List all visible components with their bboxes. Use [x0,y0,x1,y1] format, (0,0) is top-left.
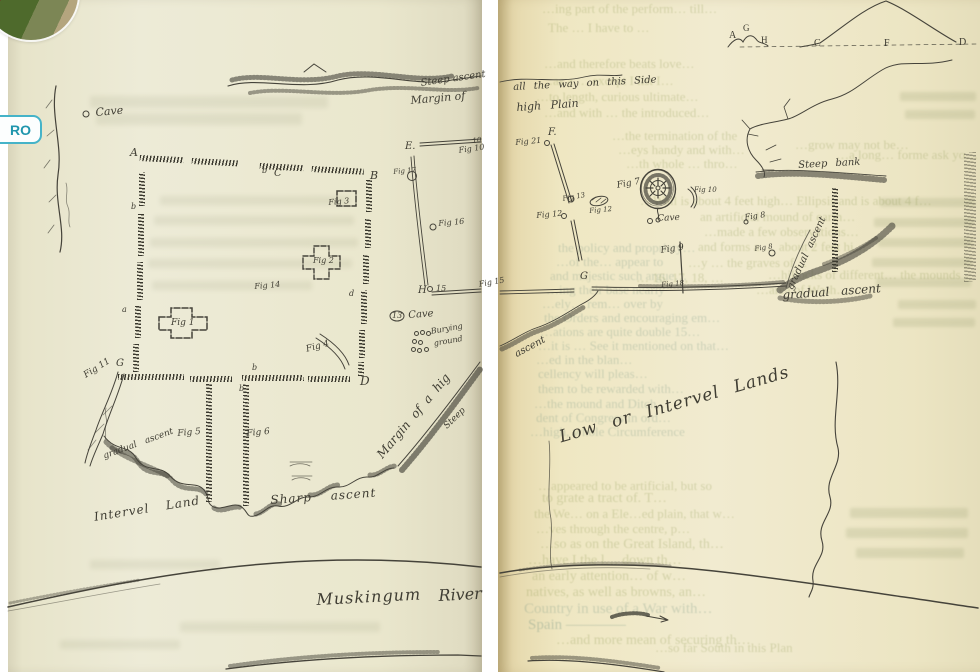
map-label-fig2: Fig 2 [313,256,334,265]
corner-label-b: B [370,169,378,182]
corner-label-d: D [360,374,370,388]
profile-label-d: D [959,37,966,48]
map-label-fig5: Fig 5 [177,427,201,439]
gap-label-b3: b [252,363,257,372]
profile-baseline [740,44,976,47]
gap-label-a: a [122,305,127,314]
corner-label-h: H [418,285,427,296]
slant-wall [551,144,582,261]
corner-label-g-right: G [580,271,588,282]
map-label-fig6: Fig 6 [246,427,270,439]
gap-label-d: d [349,289,354,298]
e-wall-vertical [411,156,428,286]
corner-label-g: G [116,358,124,369]
covered-way-wall [206,384,212,502]
scanned-book-spread: { "overlay": { "badge_label": "RO" }, "c… [0,0,980,672]
wall-segment [139,172,145,206]
gutter-meander-line [500,291,598,346]
fig7-rosette [646,178,670,198]
num15-circle [428,287,433,292]
burying-ground-dot [414,331,419,336]
map-label-fig10-right: Fig 10 [694,186,717,194]
river-bank-ticks [44,100,56,233]
wall-segment [366,180,372,212]
burying-ground-dot [418,340,423,345]
wall-segment [359,330,365,358]
thin-vertical-line [549,441,552,569]
gap-label-b1: b [262,166,267,175]
wall-segment [308,376,350,382]
wall-segment [133,344,139,372]
wall-segment [242,375,304,381]
squiggle-creek [809,362,839,597]
gap-label-b4: b [239,384,244,393]
profile-label-h: H [761,35,768,45]
wall-segment [832,188,838,272]
wall-segment [135,306,141,338]
wall-segment [137,262,143,300]
map-label-cave-mid: Cave [408,308,434,321]
creek-twigs [742,99,790,170]
river-bank-line [54,86,61,252]
wall-segment [365,218,371,248]
corner-label-f-right: F. [548,127,557,138]
map-label-num13: 13 [392,311,402,320]
hill-peak [304,64,326,72]
wall-segment [361,290,367,324]
gap-label-b2: b [131,202,136,211]
fig4-crescent [316,334,349,369]
shore-upper-right [500,565,978,608]
corner-label-e: E. [405,141,415,152]
fig21-circle [545,141,550,146]
wall-segment [118,374,184,380]
gutter-wall-stub [500,289,574,294]
canoe-blob [612,613,648,617]
map-label-cave-top: Cave [95,104,124,119]
burying-ground-dot [424,347,429,352]
burying-ground-dot [411,347,416,352]
canoe-arrow [646,616,668,622]
map-label-fig1: Fig 1 [171,318,194,328]
ro-badge-label: RO [10,122,31,138]
burying-ground-dot [420,330,425,335]
shore-upper-hatch [10,580,140,603]
wall-segment [138,214,144,256]
profile-label-f: F [884,38,890,49]
edge-hatch-band [964,152,976,282]
wall-segment [363,254,369,284]
wall-segment [190,376,232,382]
map-label-river: River [438,584,482,605]
corner-label-a: A [130,146,138,159]
profile-big-hill [800,1,956,47]
profile-label-c: C [814,38,821,49]
fig16-circle [430,224,436,230]
map-label-num15: 15 [436,284,446,293]
fig7-center-dot [656,186,660,190]
burying-ground-dot [417,348,422,353]
corner-label-c: C [274,168,282,179]
map-label-fig3: Fig 3 [328,196,350,207]
map-label-cave-right: Cave [657,213,680,224]
covered-way-wall [243,384,249,506]
ro-badge[interactable]: RO [0,115,42,144]
fig8b-circle [769,250,775,256]
cave-top-circle [83,111,89,117]
map-linework [0,0,980,672]
profile-label-g: G [743,23,750,33]
burying-ground-dot [412,339,417,344]
river-bank-scribble [66,183,70,227]
small-marks [290,462,312,480]
profile-label-a: A [729,30,736,41]
cave-right-circle [648,219,653,224]
